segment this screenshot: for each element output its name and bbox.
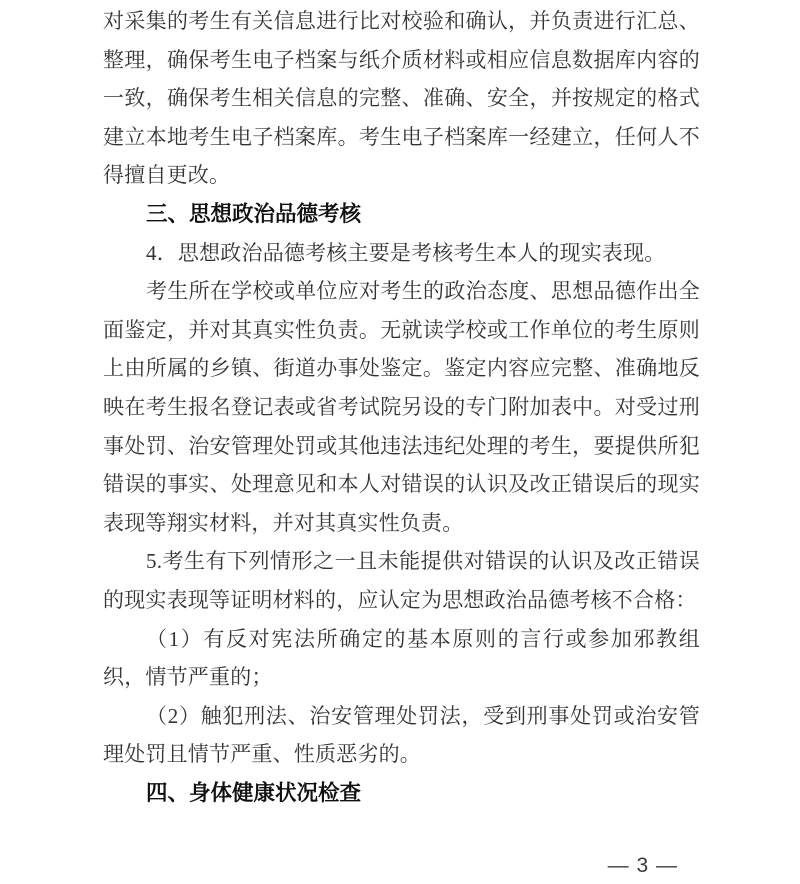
document-body: 对采集的考生有关信息进行比对校验和确认，并负责进行汇总、整理，确保考生电子档案与… <box>103 2 700 812</box>
section-heading-3-ideological-assessment: 三、思想政治品德考核 <box>103 195 700 234</box>
paragraph-electronic-archive-continuation: 对采集的考生有关信息进行比对校验和确认，并负责进行汇总、整理，确保考生电子档案与… <box>103 2 700 195</box>
paragraph-clause-2: （2）触犯刑法、治安管理处罚法，受到刑事处罚或治安管理处罚且情节严重、性质恶劣的… <box>103 697 700 774</box>
paragraph-school-appraisal: 考生所在学校或单位应对考生的政治态度、思想品德作出全面鉴定，并对其真实性负责。无… <box>103 272 700 542</box>
paragraph-clause-1: （1）有反对宪法所确定的基本原则的言行或参加邪教组织，情节严重的； <box>103 620 700 697</box>
page-number: — 3 — <box>608 853 678 879</box>
paragraph-item-4: 4．思想政治品德考核主要是考核考生本人的现实表现。 <box>103 234 700 273</box>
section-heading-4-health-check: 四、身体健康状况检查 <box>103 774 700 813</box>
document-page: 对采集的考生有关信息进行比对校验和确认，并负责进行汇总、整理，确保考生电子档案与… <box>0 0 800 884</box>
paragraph-item-5: 5.考生有下列情形之一且未能提供对错误的认识及改正错误的现实表现等证明材料的，应… <box>103 542 700 619</box>
